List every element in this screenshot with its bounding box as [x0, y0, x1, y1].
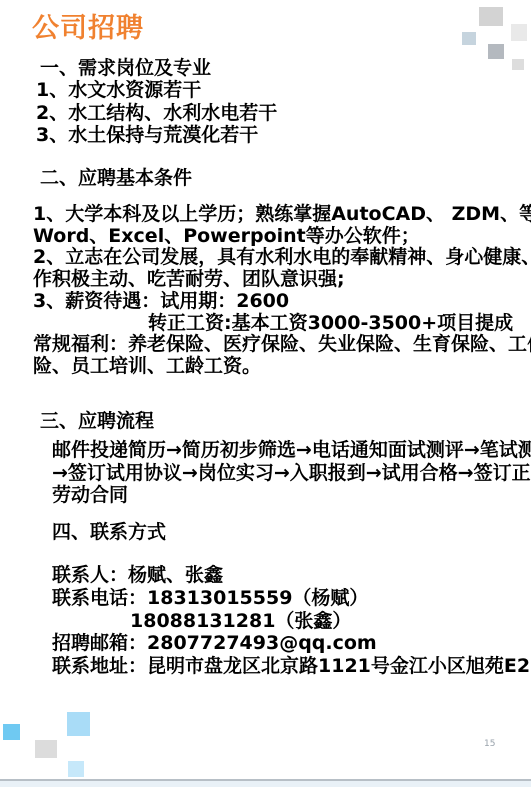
deco-square-icon [67, 712, 90, 736]
section-1-items: 1、水文水资源若干 2、水工结构、水利水电若干 3、水土保持与荒漠化若干 [36, 79, 277, 147]
process-line: 劳动合同 [52, 484, 531, 507]
condition-line: 1、大学本科及以上学历；熟练掌握AutoCAD、 ZDM、等软件、 [33, 204, 531, 226]
deco-square-icon [3, 724, 20, 740]
welfare-line: 险、员工培训、工龄工资。 [33, 356, 531, 378]
condition-line: 作积极主动、吃苦耐劳、团队意识强; [33, 269, 531, 291]
section-4-heading: 四、联系方式 [52, 521, 166, 544]
salary-detail-line: 转正工资:基本工资3000-3500+项目提成 [33, 313, 531, 335]
footer-strip [0, 781, 531, 787]
section-1-heading: 一、需求岗位及专业 [40, 57, 211, 80]
welfare-line: 常规福利：养老保险、医疗保险、失业保险、生育保险、工伤保 [33, 334, 531, 356]
deco-square-icon [35, 740, 57, 758]
process-line: →签订试用协议→岗位实习→入职报到→试用合格→签订正式 [52, 462, 531, 485]
deco-square-icon [512, 59, 524, 70]
contact-phone2-line: 18088131281（张鑫） [52, 610, 531, 633]
deco-square-icon [511, 24, 527, 41]
page-title: 公司招聘 [32, 6, 144, 45]
position-item: 3、水土保持与荒漠化若干 [36, 124, 277, 147]
recruitment-slide: 公司招聘 一、需求岗位及专业 1、水文水资源若干 2、水工结构、水利水电若干 3… [0, 0, 531, 787]
condition-line: Word、Excel、Powerpoint等办公软件； [33, 226, 531, 248]
section-2-body: 1、大学本科及以上学历；熟练掌握AutoCAD、 ZDM、等软件、 Word、E… [33, 204, 531, 378]
process-line: 邮件投递简历→简历初步筛选→电话通知面试测评→笔试测评 [52, 439, 531, 462]
deco-square-icon [462, 32, 476, 45]
section-4-body: 联系人：杨赋、张鑫 联系电话：18313015559（杨赋） 180881312… [52, 564, 531, 678]
section-3-heading: 三、应聘流程 [40, 410, 154, 433]
deco-square-icon [488, 44, 504, 59]
contact-address-line: 联系地址：昆明市盘龙区北京路1121号金江小区旭苑E27栋902室 [52, 655, 531, 678]
page-number: 15 [484, 739, 495, 749]
contact-person-line: 联系人：杨赋、张鑫 [52, 564, 531, 587]
section-3-body: 邮件投递简历→简历初步筛选→电话通知面试测评→笔试测评 →签订试用协议→岗位实习… [52, 439, 531, 507]
condition-line: 2、立志在公司发展，具有水利水电的奉献精神、身心健康、工 [33, 247, 531, 269]
deco-square-icon [68, 761, 84, 777]
contact-email-line: 招聘邮箱：2807727493@qq.com [52, 632, 531, 655]
position-item: 1、水文水资源若干 [36, 79, 277, 102]
deco-square-icon [479, 7, 503, 26]
position-item: 2、水工结构、水利水电若干 [36, 102, 277, 125]
contact-phone-line: 联系电话：18313015559（杨赋） [52, 587, 531, 610]
salary-line: 3、薪资待遇：试用期：2600 [33, 291, 531, 313]
section-2-heading: 二、应聘基本条件 [40, 167, 192, 190]
